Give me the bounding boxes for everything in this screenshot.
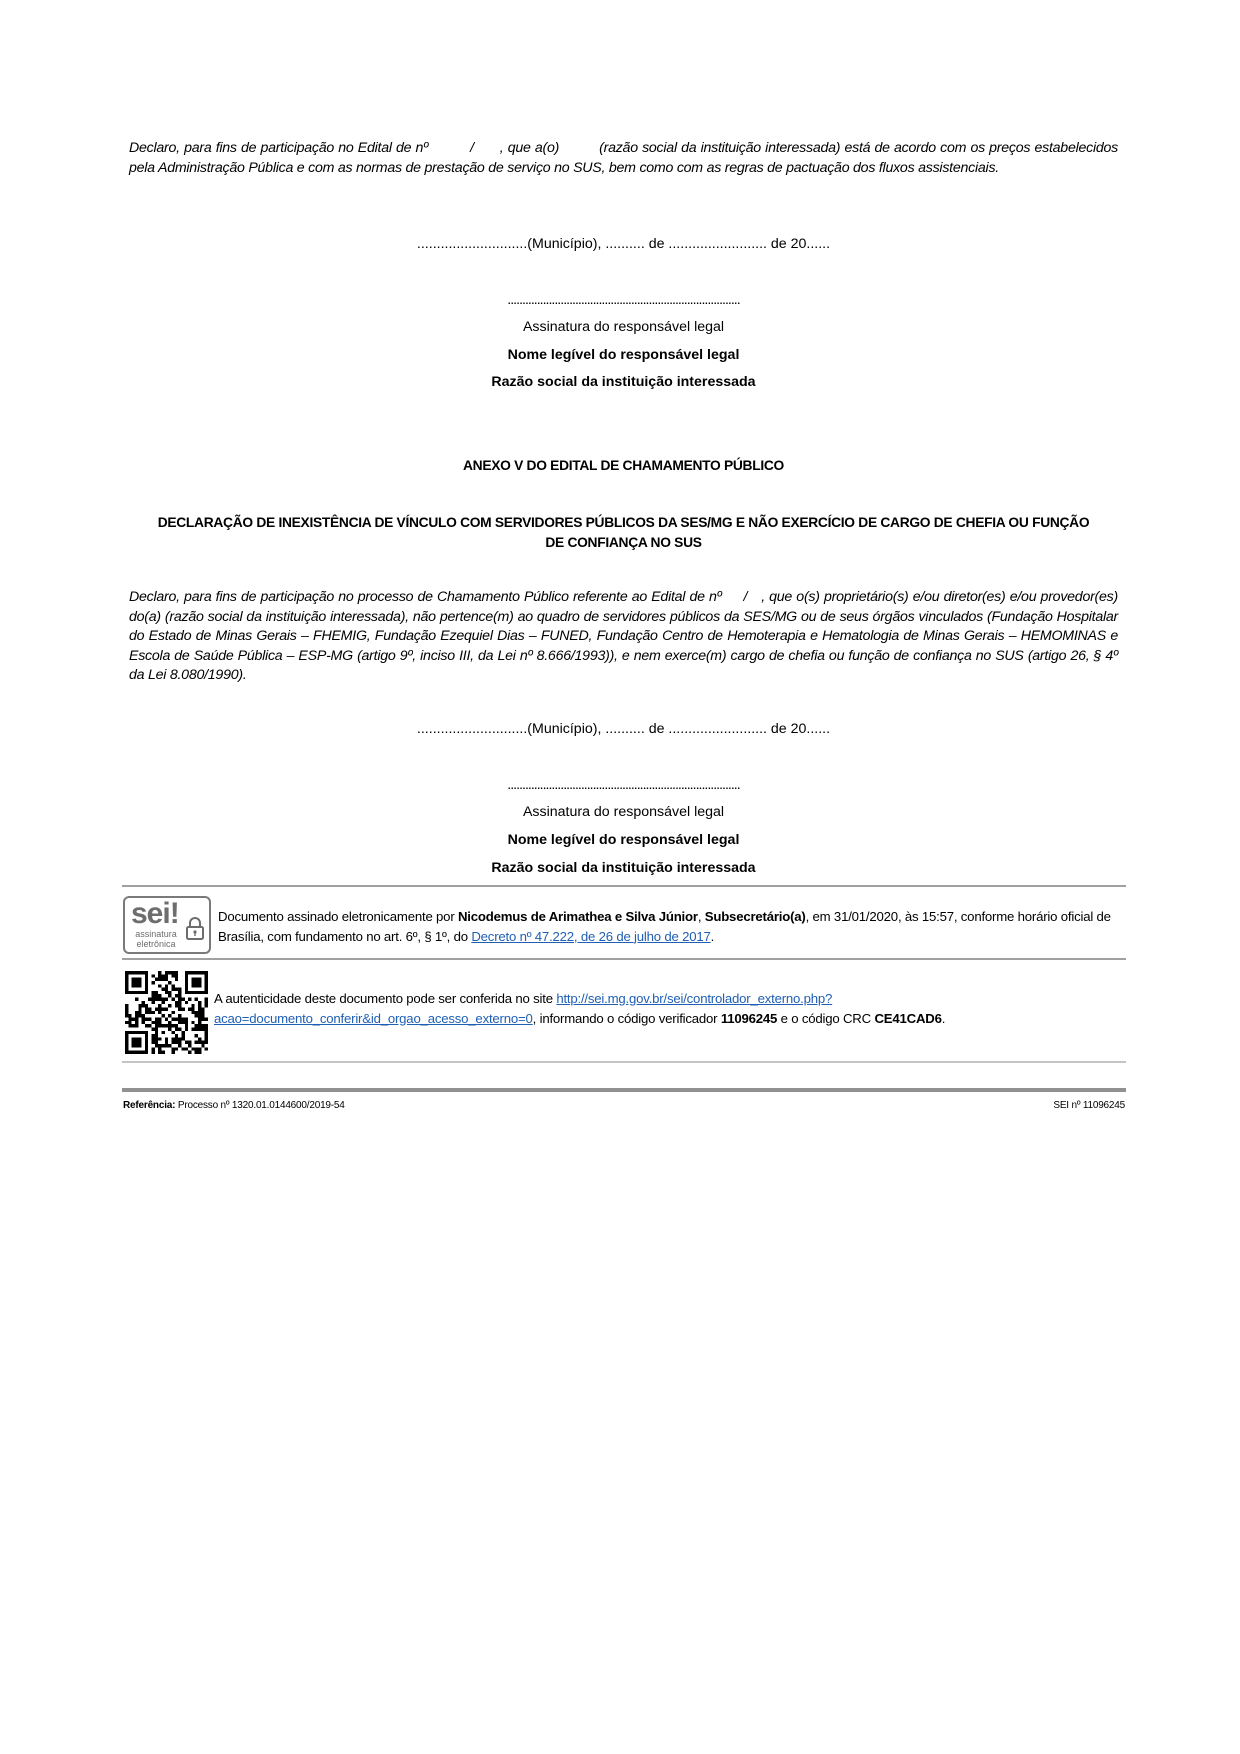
company-label-1: Razão social da instituição interessada — [129, 374, 1118, 390]
sei-logo-sub1: assinatura — [131, 929, 181, 939]
signature-label-2: Assinatura do responsável legal — [129, 804, 1118, 820]
signature-text: , — [698, 909, 705, 924]
sei-signature-logo: sei! assinatura eletrônica — [123, 896, 211, 954]
edital-slash: / — [470, 140, 474, 156]
authenticity-text: A autenticidade deste documento pode ser… — [214, 989, 1114, 1028]
annex-title: ANEXO V DO EDITAL DE CHAMAMENTO PÚBLICO — [129, 458, 1118, 473]
annex-subtitle: DECLARAÇÃO DE INEXISTÊNCIA DE VÍNCULO CO… — [150, 513, 1097, 552]
name-label-2: Nome legível do responsável legal — [129, 832, 1118, 848]
reference-value: Processo nº 1320.01.0144600/2019-54 — [175, 1100, 344, 1111]
company-label-2: Razão social da instituição interessada — [129, 860, 1118, 876]
footer-reference: Referência: Processo nº 1320.01.0144600/… — [123, 1100, 345, 1111]
electronic-signature-text: Documento assinado eletronicamente por N… — [218, 907, 1118, 946]
signature-dots-2: ........................................… — [129, 777, 1118, 793]
divider — [122, 958, 1126, 960]
sei-logo-word: sei! — [131, 898, 179, 930]
declaration-text: Declaro, para fins de participação no Ed… — [129, 140, 428, 156]
signer-name: Nicodemus de Arimathea e Silva Júnior — [458, 909, 698, 924]
footer-rule — [122, 1088, 1126, 1092]
reference-label: Referência: — [123, 1100, 175, 1111]
declaration-paragraph-2: Declaro, para fins de participação no pr… — [129, 588, 1118, 686]
authenticity-prefix: A autenticidade deste documento pode ser… — [214, 991, 556, 1006]
signature-label-1: Assinatura do responsável legal — [129, 319, 1118, 335]
divider — [122, 1061, 1126, 1063]
verification-url-link-cont[interactable]: acao=documento_conferir&id_orgao_acesso_… — [214, 1011, 533, 1026]
footer-sei-number: SEI nº 11096245 — [1053, 1100, 1125, 1111]
divider — [122, 885, 1126, 887]
declaration-text: , que a(o) — [500, 140, 559, 156]
declaration-text: Declaro, para fins de participação no pr… — [129, 589, 722, 605]
signature-text: Documento assinado eletronicamente por — [218, 909, 458, 924]
date-line-2: ............................(Município),… — [129, 721, 1118, 737]
verifier-code: 11096245 — [721, 1011, 777, 1026]
authenticity-text-crc: e o código CRC — [777, 1011, 874, 1026]
date-line-1: ............................(Município),… — [129, 236, 1118, 252]
signature-dots-1: ........................................… — [129, 292, 1118, 308]
padlock-icon — [185, 916, 205, 940]
sei-logo-sub2: eletrônica — [131, 939, 181, 949]
sei-logo-subtitle: assinatura eletrônica — [131, 929, 181, 949]
declaration-paragraph-1: Declaro, para fins de participação no Ed… — [129, 139, 1118, 178]
signature-text: . — [711, 929, 714, 944]
decree-link[interactable]: Decreto nº 47.222, de 26 de julho de 201… — [471, 929, 710, 944]
edital-slash: / — [744, 589, 748, 605]
qr-code-icon — [125, 971, 208, 1054]
authenticity-text-middle: , informando o código verificador — [533, 1011, 721, 1026]
crc-code: CE41CAD6 — [874, 1011, 941, 1026]
verification-url-link[interactable]: http://sei.mg.gov.br/sei/controlador_ext… — [556, 991, 832, 1006]
name-label-1: Nome legível do responsável legal — [129, 347, 1118, 363]
authenticity-end: . — [942, 1011, 945, 1026]
signer-role: Subsecretário(a) — [705, 909, 806, 924]
